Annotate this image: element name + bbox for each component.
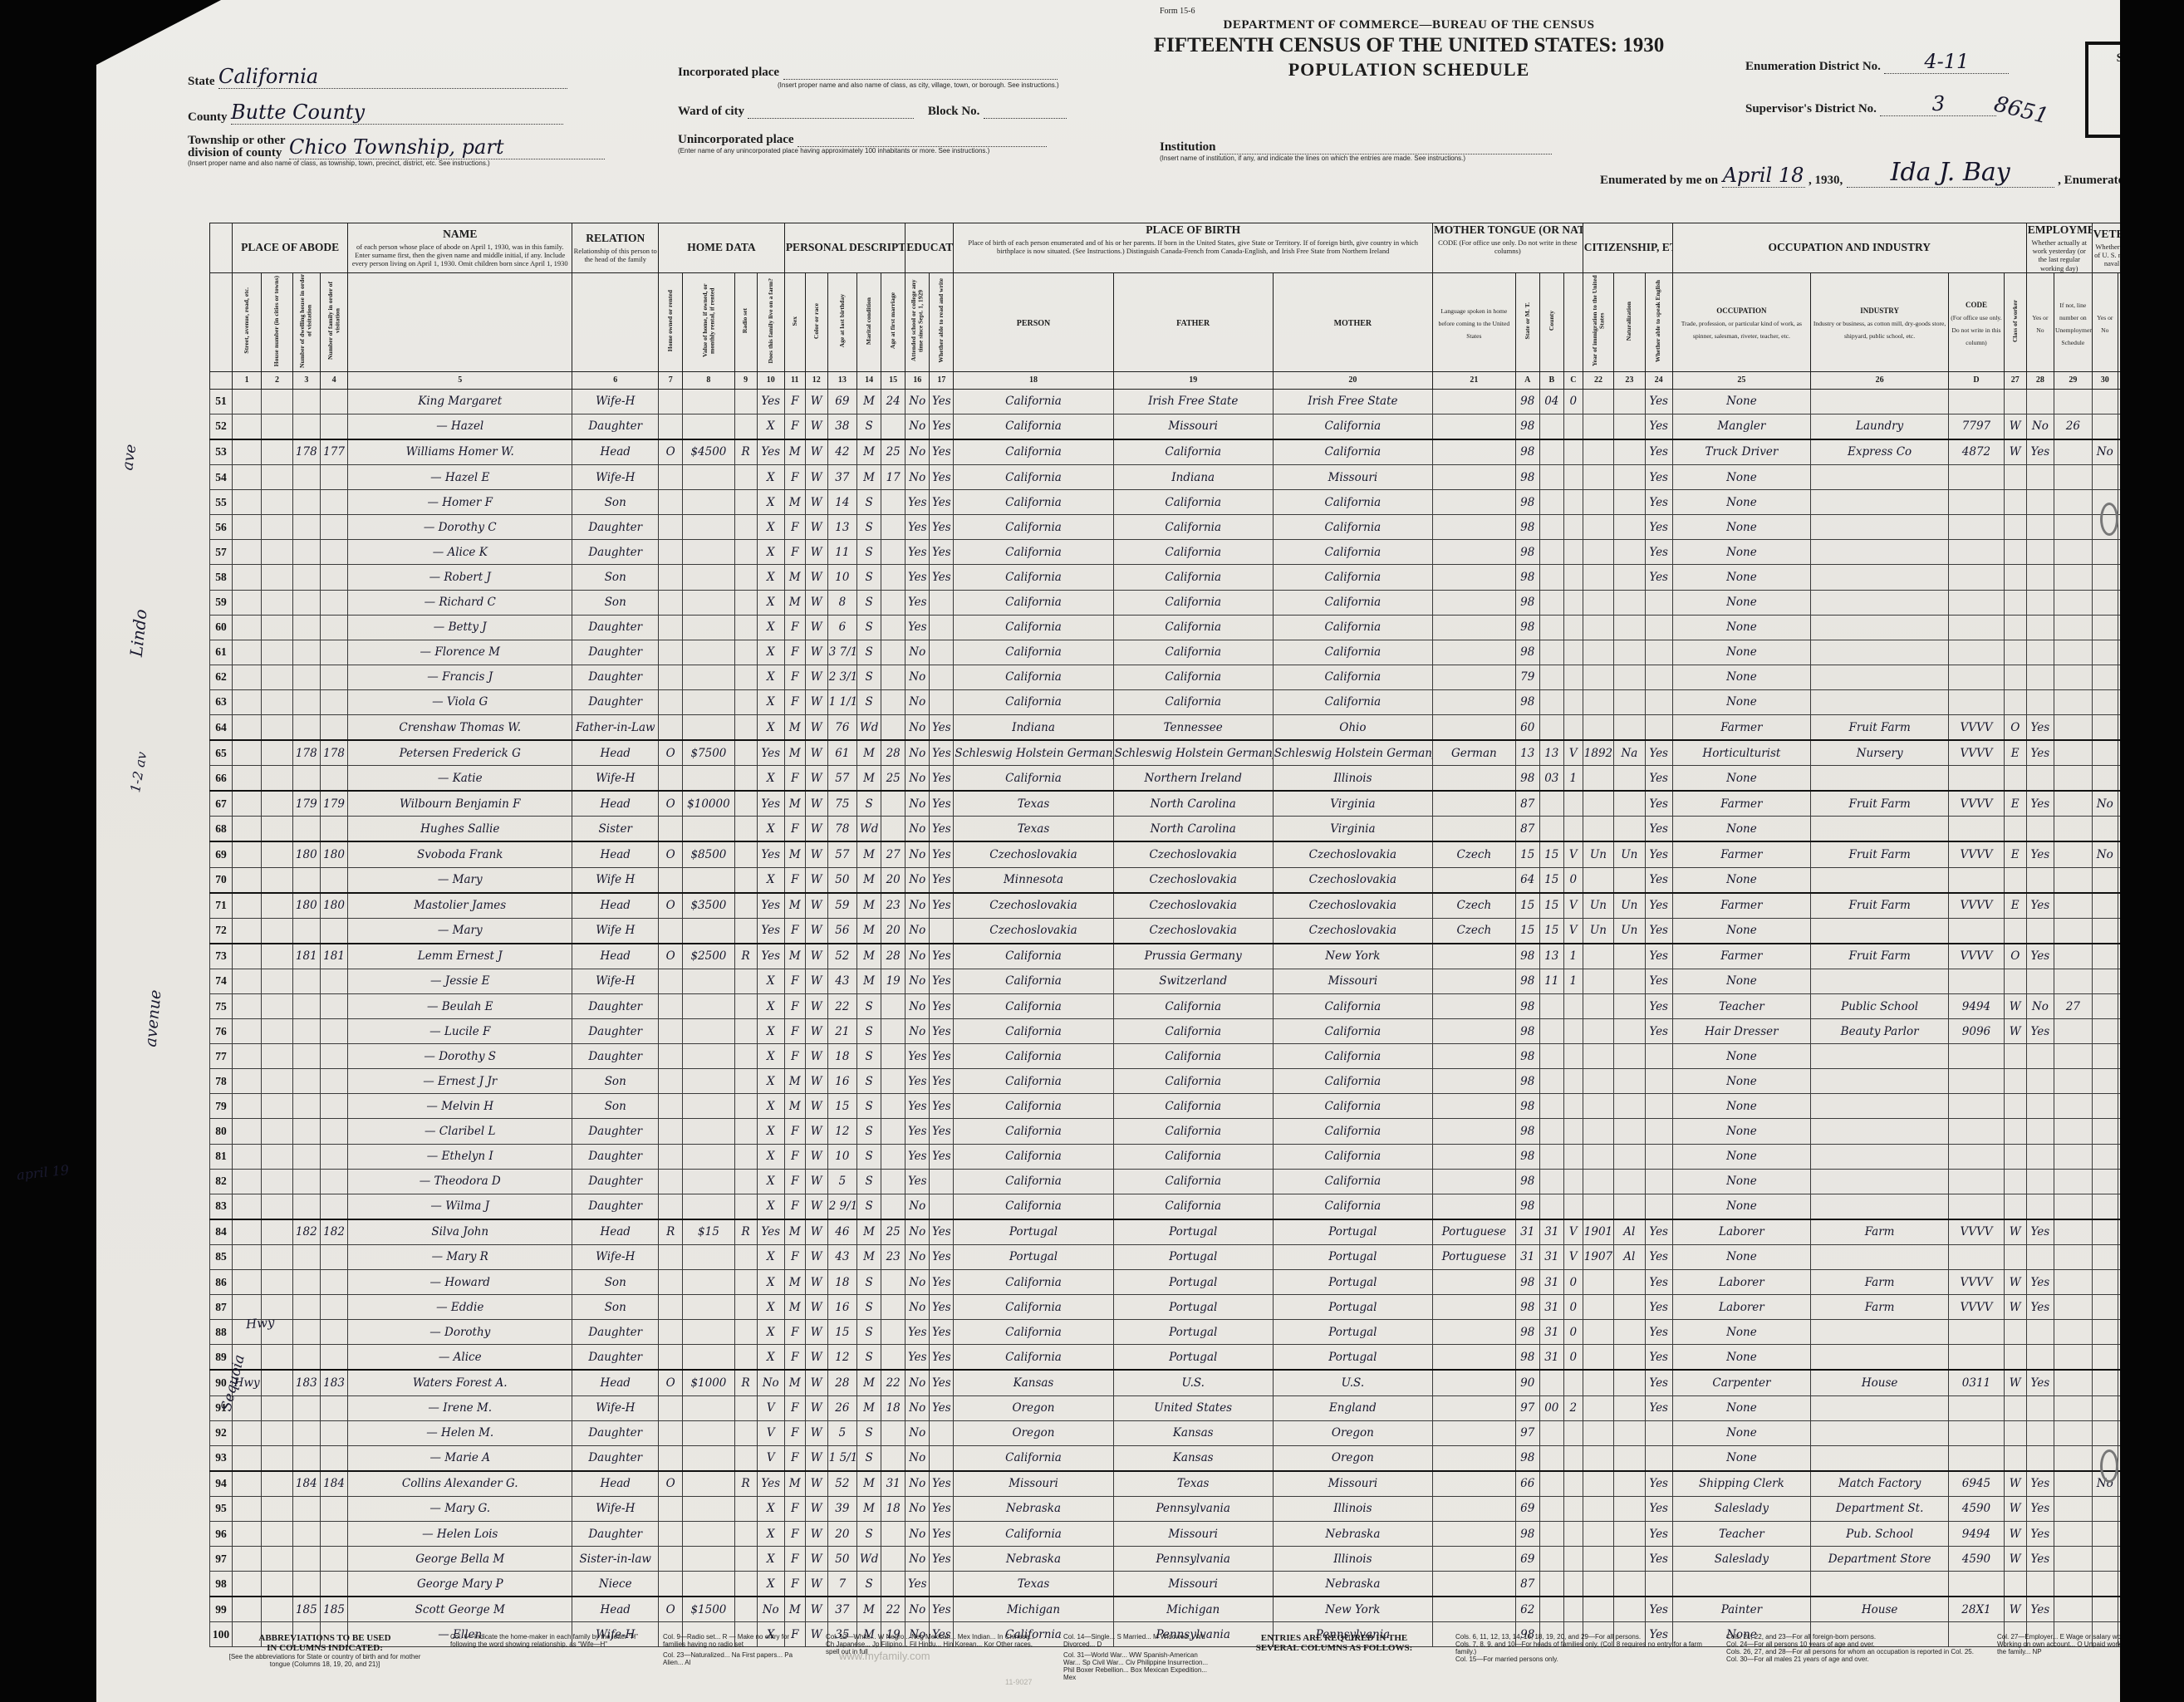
cell-col-27	[2004, 465, 2026, 490]
cell-col-13: 16	[827, 1069, 856, 1094]
cell-col-30	[2092, 414, 2118, 439]
cell-col-23	[1614, 1119, 1645, 1144]
cell-col-C	[1563, 1019, 1583, 1044]
cell-col-5: — Mary G.	[348, 1496, 572, 1521]
cell-col-21	[1432, 1119, 1515, 1144]
cell-col-15: 19	[881, 969, 906, 993]
cell-col-B	[1539, 615, 1563, 640]
cell-col-B	[1539, 1370, 1563, 1395]
cell-col-23: Un	[1614, 918, 1645, 944]
cell-col-19: U.S.	[1113, 1370, 1273, 1395]
cell-col-14: M	[857, 944, 881, 969]
cell-col-5: — Florence M	[348, 640, 572, 665]
cell-col-15	[881, 590, 906, 615]
cell-col-14: M	[857, 1244, 881, 1269]
column-label-5	[348, 272, 572, 371]
table-row: 57— Alice KDaughterXFW11SYesYesCaliforni…	[210, 540, 2184, 565]
cell-col-15	[881, 1270, 906, 1295]
table-row: 53178177Williams Homer W.HeadO$4500RYesM…	[210, 439, 2184, 465]
cell-col-22	[1583, 565, 1613, 590]
cell-col-9	[734, 1069, 757, 1094]
cell-col-15: 28	[881, 740, 906, 766]
cell-col-23	[1614, 1471, 1645, 1497]
cell-col-20: Illinois	[1273, 766, 1432, 792]
cell-col-17: Yes	[930, 490, 954, 515]
cell-col-9	[734, 689, 757, 714]
cell-col-5: Waters Forest A.	[348, 1370, 572, 1395]
cell-col-C	[1563, 515, 1583, 540]
cell-col-29	[2054, 969, 2092, 993]
cell-col-19: North Carolina	[1113, 791, 1273, 817]
cell-col-D	[1949, 867, 2004, 893]
cell-col-B	[1539, 817, 1563, 842]
table-row: 76— Lucile FDaughterXFW21SNoYesCaliforni…	[210, 1019, 2184, 1044]
cell-col-11: M	[784, 1270, 805, 1295]
cell-col-D: VVVV	[1949, 944, 2004, 969]
cell-col-24: Yes	[1645, 540, 1672, 565]
cell-col-20: California	[1273, 1194, 1432, 1219]
cell-col-20: Nebraska	[1273, 1572, 1432, 1597]
cell-col-29	[2054, 1069, 2092, 1094]
column-number-16: 16	[906, 371, 930, 389]
cell-col-A: 98	[1515, 1119, 1539, 1144]
cell-col-4	[320, 465, 347, 490]
table-row: 56— Dorothy CDaughterXFW13SYesYesCalifor…	[210, 515, 2184, 540]
cell-col-17	[930, 1445, 954, 1471]
cell-col-22	[1583, 1471, 1613, 1497]
cell-col-13: 56	[827, 918, 856, 944]
cell-col-13: 15	[827, 1094, 856, 1119]
cell-col-19: Michigan	[1113, 1597, 1273, 1622]
cell-col-29: 27	[2054, 994, 2092, 1019]
cell-col-27: W	[2004, 994, 2026, 1019]
cell-col-27: W	[2004, 1219, 2026, 1245]
cell-col-14: S	[857, 590, 881, 615]
cell-col-30	[2092, 766, 2118, 792]
cell-col-6: Head	[572, 439, 659, 465]
cell-col-6: Daughter	[572, 1420, 659, 1445]
column-number-11: 11	[784, 371, 805, 389]
cell-col-22	[1583, 1194, 1613, 1219]
cell-col-23: Na	[1614, 740, 1645, 766]
cell-col-1	[233, 1445, 262, 1471]
cell-col-6: Head	[572, 791, 659, 817]
cell-col-4: 179	[320, 791, 347, 817]
cell-col-21	[1432, 1044, 1515, 1069]
cell-col-9	[734, 1270, 757, 1295]
cell-col-8	[683, 640, 734, 665]
cell-col-19: Missouri	[1113, 1572, 1273, 1597]
cell-col-C	[1563, 1496, 1583, 1521]
cell-col-7	[659, 640, 683, 665]
column-label-C	[1563, 272, 1583, 371]
cell-col-13: 12	[827, 1345, 856, 1371]
enumerated-by: Enumerated by me on April 18 , 1930, Ida…	[1600, 158, 2184, 188]
table-row: 83— Wilma JDaughterXFW2 9/12SNoCaliforni…	[210, 1194, 2184, 1219]
column-number-10: 10	[757, 371, 784, 389]
cell-col-30	[2092, 1144, 2118, 1169]
cell-col-B	[1539, 1069, 1563, 1094]
cell-col-7	[659, 1320, 683, 1345]
cell-col-1	[233, 766, 262, 792]
cell-col-17: Yes	[930, 1270, 954, 1295]
cell-col-D	[1949, 1445, 2004, 1471]
cell-col-8: $15	[683, 1219, 734, 1245]
cell-col-14: Wd	[857, 714, 881, 740]
cell-col-D: VVVV	[1949, 791, 2004, 817]
cell-col-21	[1432, 766, 1515, 792]
cell-col-9	[734, 615, 757, 640]
cell-col-B	[1539, 1521, 1563, 1546]
cell-col-8: $10000	[683, 791, 734, 817]
cell-col-17: Yes	[930, 1244, 954, 1269]
cell-col-A: 98	[1515, 565, 1539, 590]
cell-col-30	[2092, 994, 2118, 1019]
cell-col-29	[2054, 665, 2092, 689]
cell-col-6: Daughter	[572, 540, 659, 565]
cell-col-4	[320, 490, 347, 515]
cell-col-7: O	[659, 841, 683, 867]
cell-col-19: Missouri	[1113, 414, 1273, 439]
cell-col-26: Department Store	[1811, 1547, 1949, 1572]
cell-col-1	[233, 1044, 262, 1069]
cell-col-27	[2004, 1320, 2026, 1345]
cell-col-1	[233, 1521, 262, 1546]
enumerator-name: Ida J. Bay	[1891, 158, 2010, 187]
cell-col-28	[2026, 969, 2054, 993]
cell-col-A: 15	[1515, 841, 1539, 867]
cell-col-19: California	[1113, 640, 1273, 665]
cell-col-15	[881, 1044, 906, 1069]
cell-col-23	[1614, 565, 1645, 590]
cell-col-3	[292, 918, 320, 944]
cell-col-21	[1432, 969, 1515, 993]
cell-col-29	[2054, 1169, 2092, 1194]
cell-col-27	[2004, 1094, 2026, 1119]
cell-col-15	[881, 689, 906, 714]
cell-col-11: F	[784, 1547, 805, 1572]
cell-col-21	[1432, 1295, 1515, 1320]
cell-col-26	[1811, 1144, 1949, 1169]
cell-col-16: No	[906, 791, 930, 817]
cell-col-C: V	[1563, 740, 1583, 766]
cell-col-17: Yes	[930, 1370, 954, 1395]
ward-label: Ward of city	[678, 105, 744, 118]
cell-col-12: W	[805, 1094, 827, 1119]
cell-col-13: 14	[827, 490, 856, 515]
table-row: 66— KatieWife-HXFW57M25NoYesCaliforniaNo…	[210, 766, 2184, 792]
cell-col-B: 11	[1539, 969, 1563, 993]
cell-col-2	[262, 1445, 292, 1471]
cell-col-22: Un	[1583, 841, 1613, 867]
cell-col-16: No	[906, 389, 930, 414]
column-label-B: County	[1539, 272, 1563, 371]
cell-col-21: Czech	[1432, 893, 1515, 919]
cell-col-22	[1583, 1169, 1613, 1194]
cell-col-B	[1539, 1420, 1563, 1445]
cell-col-28	[2026, 1244, 2054, 1269]
cell-col-B: 13	[1539, 740, 1563, 766]
cell-col-30	[2092, 540, 2118, 565]
cell-col-17: Yes	[930, 766, 954, 792]
schedule-title: POPULATION SCHEDULE	[1077, 59, 1741, 81]
cell-col-9	[734, 1295, 757, 1320]
cell-col-16: No	[906, 1597, 930, 1622]
cell-col-25: None	[1672, 1069, 1810, 1094]
cell-col-19: Switzerland	[1113, 969, 1273, 993]
cell-col-A: 98	[1515, 640, 1539, 665]
cell-col-20: California	[1273, 1019, 1432, 1044]
cell-col-7	[659, 714, 683, 740]
cell-col-20: California	[1273, 590, 1432, 615]
cell-col-10: X	[757, 1345, 784, 1371]
line-number-left: 53	[210, 439, 233, 465]
cell-col-4	[320, 969, 347, 993]
cell-col-27: W	[2004, 1547, 2026, 1572]
cell-col-14: S	[857, 640, 881, 665]
cell-col-11: F	[784, 1572, 805, 1597]
cell-col-A: 98	[1515, 944, 1539, 969]
cell-col-12: W	[805, 1069, 827, 1094]
cell-col-2	[262, 893, 292, 919]
cell-col-C: 1	[1563, 766, 1583, 792]
cell-col-4: 182	[320, 1219, 347, 1245]
cell-col-16: No	[906, 1547, 930, 1572]
cell-col-11: M	[784, 714, 805, 740]
cell-col-D: 9096	[1949, 1019, 2004, 1044]
cell-col-8	[683, 490, 734, 515]
cell-col-2	[262, 1572, 292, 1597]
cell-col-14: S	[857, 565, 881, 590]
cell-col-13: 39	[827, 1496, 856, 1521]
cell-col-11: F	[784, 414, 805, 439]
cell-col-D	[1949, 540, 2004, 565]
cell-col-10: X	[757, 1094, 784, 1119]
cell-col-B	[1539, 414, 1563, 439]
cell-col-9	[734, 1044, 757, 1069]
table-row: 59— Richard CSonXMW8SYesCaliforniaCalifo…	[210, 590, 2184, 615]
cell-col-29	[2054, 515, 2092, 540]
cell-col-19: Portugal	[1113, 1345, 1273, 1371]
cell-col-24	[1645, 1144, 1672, 1169]
cell-col-25: Farmer	[1672, 714, 1810, 740]
cell-col-26: Farm	[1811, 1295, 1949, 1320]
cell-col-22	[1583, 414, 1613, 439]
table-row: 69180180Svoboda FrankHeadO$8500YesMW57M2…	[210, 841, 2184, 867]
line-number-left: 88	[210, 1320, 233, 1345]
cell-col-13: 61	[827, 740, 856, 766]
cell-col-13: 18	[827, 1270, 856, 1295]
cell-col-14: S	[857, 1169, 881, 1194]
cell-col-24: Yes	[1645, 1019, 1672, 1044]
cell-col-21	[1432, 640, 1515, 665]
cell-col-8	[683, 1044, 734, 1069]
cell-col-16: No	[906, 414, 930, 439]
cell-col-10: Yes	[757, 944, 784, 969]
cell-col-D: VVVV	[1949, 714, 2004, 740]
cell-col-C: 0	[1563, 1295, 1583, 1320]
cell-col-4	[320, 1144, 347, 1169]
cell-col-19: Kansas	[1113, 1445, 1273, 1471]
cell-col-22	[1583, 994, 1613, 1019]
cell-col-6: Daughter	[572, 1345, 659, 1371]
cell-col-7: R	[659, 1219, 683, 1245]
cell-col-25: None	[1672, 465, 1810, 490]
cell-col-3	[292, 1547, 320, 1572]
table-row: 84182182Silva JohnHeadR$15RYesMW46M25NoY…	[210, 1219, 2184, 1245]
cell-col-10: Yes	[757, 841, 784, 867]
cell-col-1	[233, 1496, 262, 1521]
cell-col-1	[233, 1069, 262, 1094]
cell-col-7	[659, 590, 683, 615]
cell-col-28: Yes	[2026, 1219, 2054, 1245]
enum-district-label: Enumeration District No.	[1745, 60, 1881, 73]
cell-col-15: 22	[881, 1370, 906, 1395]
cell-col-25: None	[1672, 918, 1810, 944]
cell-col-21	[1432, 1445, 1515, 1471]
cell-col-3	[292, 1420, 320, 1445]
cell-col-22	[1583, 1019, 1613, 1044]
cell-col-29	[2054, 1270, 2092, 1295]
cell-col-30: No	[2092, 791, 2118, 817]
cell-col-A: 98	[1515, 1069, 1539, 1094]
cell-col-5: — Hazel E	[348, 465, 572, 490]
cell-col-D	[1949, 969, 2004, 993]
cell-col-10: X	[757, 1521, 784, 1546]
cell-col-16: Yes	[906, 590, 930, 615]
cell-col-22	[1583, 944, 1613, 969]
cell-col-2	[262, 1496, 292, 1521]
column-label-20: MOTHER	[1273, 272, 1432, 371]
cell-col-27: W	[2004, 1019, 2026, 1044]
cell-col-30	[2092, 1169, 2118, 1194]
cell-col-24	[1645, 1044, 1672, 1069]
cell-col-29	[2054, 439, 2092, 465]
cell-col-5: Lemm Ernest J	[348, 944, 572, 969]
cell-col-9	[734, 740, 757, 766]
cell-col-28	[2026, 918, 2054, 944]
cell-col-22	[1583, 1144, 1613, 1169]
cell-col-13: 7	[827, 1572, 856, 1597]
column-label-line	[210, 272, 233, 371]
cell-col-5: — Helen Lois	[348, 1521, 572, 1546]
cell-col-19: Portugal	[1113, 1219, 1273, 1245]
cell-col-C	[1563, 414, 1583, 439]
cell-col-21	[1432, 1094, 1515, 1119]
cell-col-14: S	[857, 1044, 881, 1069]
cell-col-18: Nebraska	[954, 1547, 1113, 1572]
cell-col-15	[881, 1320, 906, 1345]
cell-col-2	[262, 841, 292, 867]
cell-col-17	[930, 689, 954, 714]
cell-col-26	[1811, 665, 1949, 689]
cell-col-21: German	[1432, 740, 1515, 766]
cell-col-A: 79	[1515, 665, 1539, 689]
table-row: 55— Homer FSonXMW14SYesYesCaliforniaCali…	[210, 490, 2184, 515]
cell-col-26	[1811, 1244, 1949, 1269]
cell-col-29: 26	[2054, 414, 2092, 439]
cell-col-C	[1563, 1370, 1583, 1395]
cell-col-5: — Theodora D	[348, 1169, 572, 1194]
cell-col-20: California	[1273, 689, 1432, 714]
cell-col-7	[659, 1044, 683, 1069]
cell-col-7: O	[659, 439, 683, 465]
cell-col-30	[2092, 640, 2118, 665]
cell-col-23: Un	[1614, 893, 1645, 919]
cell-col-11: M	[784, 1597, 805, 1622]
abbrev-col23: Col. 23—Naturalized... Na First papers..…	[663, 1651, 804, 1666]
column-number-26: 26	[1811, 371, 1949, 389]
column-label-19: FATHER	[1113, 272, 1273, 371]
enum-district-value: 4-11	[1924, 50, 1969, 73]
line-number-left: 63	[210, 689, 233, 714]
cell-col-4	[320, 1445, 347, 1471]
cell-col-23	[1614, 540, 1645, 565]
cell-col-16: No	[906, 714, 930, 740]
cell-col-23	[1614, 1572, 1645, 1597]
cell-col-10: V	[757, 1445, 784, 1471]
cell-col-23	[1614, 1445, 1645, 1471]
cell-col-A: 69	[1515, 1496, 1539, 1521]
cell-col-6: Daughter	[572, 515, 659, 540]
cell-col-18: California	[954, 994, 1113, 1019]
punch-hole-top	[2100, 503, 2118, 536]
column-group-education: EDUCATION	[906, 223, 954, 273]
cell-col-8	[683, 1445, 734, 1471]
cell-col-21	[1432, 540, 1515, 565]
cell-col-24: Yes	[1645, 817, 1672, 842]
cell-col-D	[1949, 689, 2004, 714]
cell-col-18: Kansas	[954, 1370, 1113, 1395]
cell-col-28	[2026, 540, 2054, 565]
column-number-25: 25	[1672, 371, 1810, 389]
cell-col-7	[659, 1420, 683, 1445]
cell-col-21	[1432, 1194, 1515, 1219]
table-row: 64Crenshaw Thomas W.Father-in-LawXMW76Wd…	[210, 714, 2184, 740]
cell-col-16: No	[906, 867, 930, 893]
cell-col-23	[1614, 389, 1645, 414]
cell-col-19: Pennsylvania	[1113, 1496, 1273, 1521]
line-number-left: 55	[210, 490, 233, 515]
cell-col-A: 98	[1515, 969, 1539, 993]
cell-col-17: Yes	[930, 1094, 954, 1119]
cell-col-23	[1614, 817, 1645, 842]
cell-col-24	[1645, 590, 1672, 615]
cell-col-18: Michigan	[954, 1597, 1113, 1622]
cell-col-30: No	[2092, 439, 2118, 465]
cell-col-27: W	[2004, 1370, 2026, 1395]
line-number-left: 97	[210, 1547, 233, 1572]
department-line: DEPARTMENT OF COMMERCE—BUREAU OF THE CEN…	[1077, 18, 1741, 32]
cell-col-D	[1949, 590, 2004, 615]
cell-col-9	[734, 1320, 757, 1345]
cell-col-16: No	[906, 893, 930, 919]
column-number-1: 1	[233, 371, 262, 389]
cell-col-29	[2054, 918, 2092, 944]
cell-col-5: — Mary	[348, 918, 572, 944]
cell-col-21	[1432, 791, 1515, 817]
cell-col-23: Un	[1614, 841, 1645, 867]
cell-col-8	[683, 766, 734, 792]
cell-col-26: Fruit Farm	[1811, 944, 1949, 969]
cell-col-22	[1583, 1345, 1613, 1371]
cell-col-A: 98	[1515, 465, 1539, 490]
cell-col-11: M	[784, 944, 805, 969]
cell-col-16: No	[906, 1019, 930, 1044]
cell-col-14: M	[857, 766, 881, 792]
cell-col-14: M	[857, 1597, 881, 1622]
cell-col-19: California	[1113, 665, 1273, 689]
